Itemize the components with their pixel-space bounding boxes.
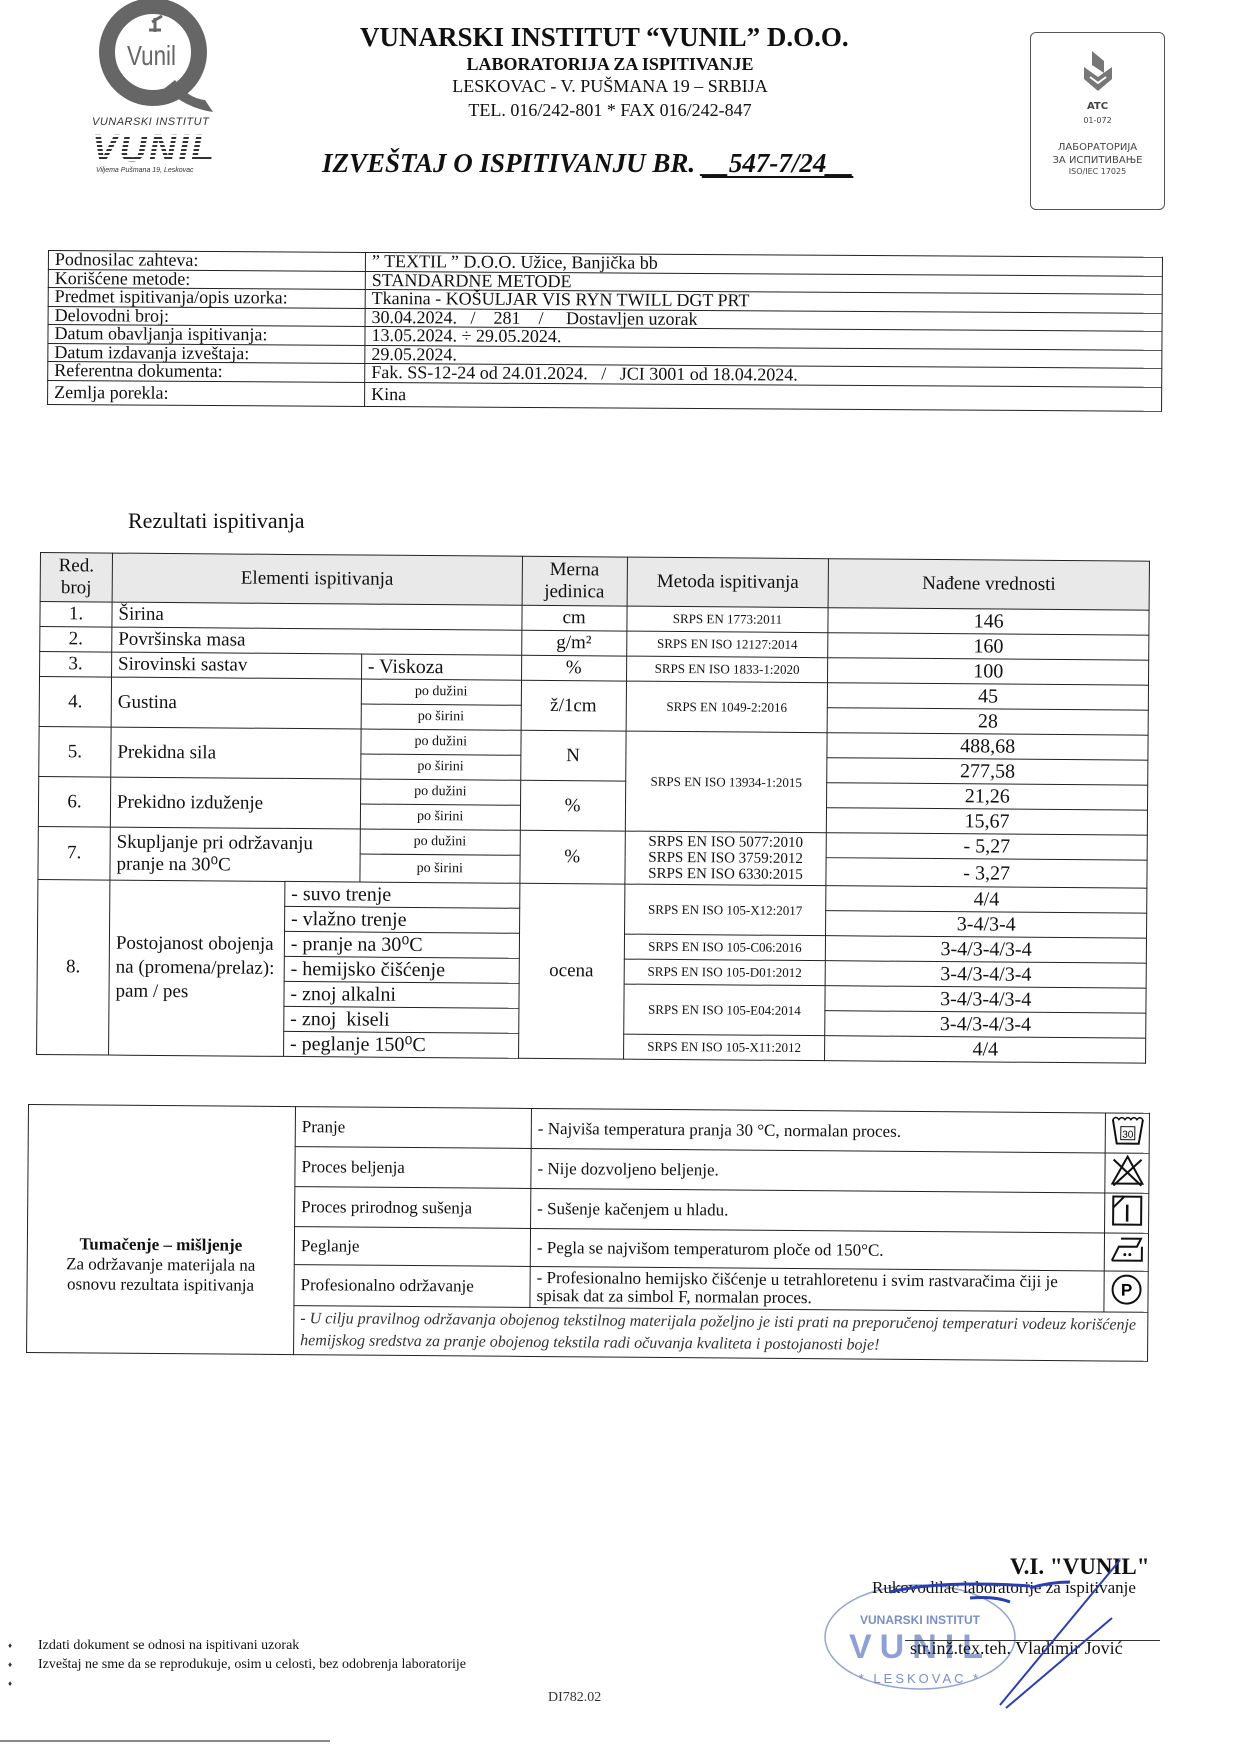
accreditation-badge: ATC 01-072 ЛАБОРАТОРИЈАЗА ИСПИТИВАЊЕ ISO…	[1030, 32, 1165, 210]
results-table: Red. broj Elementi ispitivanja Merna jed…	[36, 552, 1150, 1064]
logo-caption: VUNARSKI INSTITUT	[92, 116, 209, 128]
row-no: 1.	[40, 602, 112, 628]
row-direction-weft: po širini	[361, 754, 521, 780]
results-title: Rezultati ispitivanja	[128, 508, 305, 534]
row-value: 146	[828, 608, 1149, 636]
row-method: SRPS EN ISO 13934-1:2015	[625, 731, 828, 833]
atc-line2: ЗА ИСПИТИВАЊЕ	[1031, 154, 1164, 167]
wash-30-icon: 30	[1109, 1113, 1145, 1147]
colorfastness-item: - peglanje 150⁰C	[283, 1031, 518, 1058]
row-method: SRPS EN 1773:2011	[626, 606, 828, 633]
info-label: Referentna dokumenta:	[48, 362, 365, 382]
interpretation-table: Tumačenje – mišljenje Za održavanje mate…	[26, 1104, 1150, 1362]
report-label: IZVEŠTAJ O ISPITIVANJU BR.	[322, 148, 702, 178]
row-value-warp: - 5,27	[826, 833, 1147, 861]
svg-text:30: 30	[1122, 1130, 1134, 1141]
row-direction-warp: po dužini	[361, 729, 521, 755]
row-value: 100	[828, 658, 1149, 686]
row-value-weft: 15,67	[827, 808, 1148, 836]
info-label: Zemlja porekla:	[48, 380, 365, 406]
row-value: 4/4	[826, 886, 1147, 914]
institute-phone: TEL. 016/242-801 * FAX 016/242-847	[360, 100, 860, 121]
row-unit: ocena	[518, 883, 624, 1059]
row-direction-weft: po širini	[361, 704, 521, 730]
row-element: Površinska masa	[112, 627, 522, 655]
row-method: SRPS EN ISO 1833-1:2020	[626, 656, 828, 683]
care-text: - Sušenje kačenjem u hladu.	[531, 1188, 1105, 1233]
colorfastness-item: - znoj alkalni	[284, 981, 519, 1008]
row-element: Postojanost obojenja na (promena/prelaz)…	[108, 880, 284, 1056]
care-text: - Nije dozvoljeno beljenje.	[531, 1148, 1105, 1193]
dry-clean-p-icon: P	[1109, 1272, 1143, 1306]
atc-line1: ЛАБОРАТОРИЈА	[1031, 141, 1164, 154]
row-value: 160	[828, 633, 1149, 661]
row-method: SRPS EN ISO 105-E04:2014	[623, 984, 825, 1036]
row-element: Skupljanje pri održavanju pranje na 30⁰C	[110, 827, 360, 882]
interpretation-title: Tumačenje – mišljenje	[79, 1234, 242, 1254]
care-category: Peglanje	[294, 1227, 530, 1267]
document-code: DI782.02	[548, 1690, 601, 1706]
row-method: SRPS EN ISO 105-X11:2012	[623, 1034, 825, 1061]
care-note: - U cilju pravilnog održavanja obojenog …	[294, 1306, 1148, 1362]
method-line: SRPS EN ISO 6330:2015	[631, 866, 820, 883]
row-no: 4.	[39, 677, 111, 728]
colorfastness-item: - pranje na 30⁰C	[284, 931, 519, 958]
request-info-table: Podnosilac zahteva:” TEXTIL ” D.O.O. Uži…	[47, 250, 1163, 411]
interpretation-heading: Tumačenje – mišljenje Za održavanje mate…	[27, 1105, 296, 1355]
info-value: Kina	[365, 382, 1162, 411]
atc-standard: ISO/IEC 17025	[1031, 167, 1164, 176]
colorfastness-item: - vlažno trenje	[284, 906, 519, 933]
row-unit: %	[520, 830, 625, 884]
row-direction-warp: po dužini	[360, 829, 520, 855]
logo-wordmark: VUNIL	[92, 128, 216, 171]
care-category: Profesionalno održavanje	[294, 1265, 530, 1308]
row-unit: ž/1cm	[521, 680, 626, 731]
atc-code: ATC	[1031, 101, 1164, 112]
row-element: Gustina	[111, 677, 361, 729]
care-text: - Profesionalno hemijsko čišćenje u tetr…	[530, 1266, 1104, 1312]
logo-text: Vunil	[127, 40, 176, 72]
header-value: Nađene vrednosti	[828, 559, 1149, 611]
method-line: SRPS EN ISO 3759:2012	[631, 850, 820, 867]
care-row: Tumačenje – mišljenje Za održavanje mate…	[28, 1105, 1149, 1154]
care-text: - Najviša temperatura pranja 30 °C, norm…	[531, 1108, 1105, 1153]
report-number: __547-7/24__	[702, 148, 854, 178]
header-element: Elementi ispitivanja	[112, 553, 522, 605]
header-method: Metoda ispitivanja	[627, 557, 829, 608]
row-value-weft: 28	[827, 708, 1148, 736]
row-value-weft: - 3,27	[826, 858, 1147, 889]
care-category: Proces prirodnog sušenja	[295, 1187, 531, 1229]
row-no: 6.	[38, 776, 110, 827]
care-category: Pranje	[295, 1107, 531, 1149]
handwritten-signature-icon	[880, 1560, 1170, 1710]
row-method: SRPS EN 1049-2:2016	[626, 681, 828, 733]
no-bleach-icon	[1109, 1153, 1145, 1187]
line-dry-shade-icon	[1109, 1193, 1145, 1227]
row-value: 3-4/3-4	[826, 911, 1147, 939]
row-no: 5.	[39, 726, 111, 777]
row-value: 3-4/3-4/3-4	[825, 961, 1146, 989]
atc-logo-icon	[1080, 51, 1116, 95]
row-direction-weft: po širini	[360, 804, 520, 830]
row-value-warp: 45	[828, 683, 1149, 711]
row-direction-weft: po širini	[360, 854, 520, 883]
header-unit: Merna jedinica	[522, 556, 627, 606]
colorfastness-item: - suvo trenje	[285, 881, 520, 908]
page-bottom-edge	[0, 1740, 330, 1742]
row-unit: cm	[522, 605, 627, 631]
row-element: Prekidna sila	[111, 727, 361, 779]
row-element: Širina	[112, 602, 522, 630]
footer-note: Izveštaj ne sme da se reprodukuje, osim …	[8, 1655, 466, 1674]
row-no: 3.	[40, 652, 112, 678]
row-method: SRPS EN ISO 5077:2010 SRPS EN ISO 3759:2…	[624, 831, 826, 886]
row-value: 3-4/3-4/3-4	[825, 1011, 1146, 1039]
header-no: Red. broj	[40, 553, 112, 603]
colorfastness-item: - hemijsko čišćenje	[284, 956, 519, 983]
row-unit: N	[520, 730, 625, 781]
laboratory-name: LABORATORIJA ZA ISPITIVANJE	[360, 54, 860, 75]
row-method: SRPS EN ISO 105-X12:2017	[624, 884, 826, 936]
iron-medium-icon	[1108, 1234, 1144, 1264]
row-element: Sirovinski sastav	[111, 652, 361, 679]
row-no: 7.	[38, 826, 110, 880]
report-title: IZVEŠTAJ O ISPITIVANJU BR. __547-7/24__	[322, 148, 853, 179]
footer-note: Izdati dokument se odnosi na ispitivani …	[8, 1636, 466, 1655]
row-sub: - Viskoza	[361, 654, 521, 680]
colorfastness-item: - znoj kiseli	[284, 1006, 519, 1033]
row-direction-warp: po dužini	[360, 779, 520, 805]
row-value: 3-4/3-4/3-4	[825, 986, 1146, 1014]
row-direction-warp: po dužini	[361, 679, 521, 705]
logo-address: Viljema Pušmana 19, Leskovac	[96, 167, 194, 174]
care-text: - Pegla se najvišom temperaturom ploče o…	[530, 1228, 1104, 1271]
row-unit: g/m²	[521, 630, 626, 656]
row-unit: %	[521, 655, 626, 681]
method-line: SRPS EN ISO 5077:2010	[631, 834, 820, 851]
row-no: 8.	[37, 879, 110, 1055]
results-header-row: Red. broj Elementi ispitivanja Merna jed…	[40, 553, 1149, 611]
row-method: SRPS EN ISO 12127:2014	[626, 631, 828, 658]
institute-address: LESKOVAC - V. PUŠMANA 19 – SRBIJA	[360, 76, 860, 97]
atc-number: 01-072	[1031, 116, 1164, 125]
footer-note	[8, 1674, 466, 1693]
row-element: Prekidno izduženje	[110, 777, 360, 829]
row-unit: %	[520, 780, 625, 831]
row-method: SRPS EN ISO 105-D01:2012	[624, 959, 826, 986]
row-value: 4/4	[825, 1036, 1146, 1064]
row-value: 3-4/3-4/3-4	[826, 936, 1147, 964]
care-category: Proces beljenja	[295, 1147, 531, 1189]
institute-name: VUNARSKI INSTITUT “VUNIL” D.O.O.	[360, 22, 900, 53]
row-no: 2.	[40, 627, 112, 653]
row-value-warp: 488,68	[827, 733, 1148, 761]
interpretation-subtitle: Za održavanje materijala na osnovu rezul…	[34, 1254, 288, 1296]
svg-text:P: P	[1120, 1280, 1131, 1299]
row-value-weft: 277,58	[827, 758, 1148, 786]
row-method: SRPS EN ISO 105-C06:2016	[624, 934, 826, 961]
row-value-warp: 21,26	[827, 783, 1148, 811]
footer-notes: Izdati dokument se odnosi na ispitivani …	[8, 1636, 466, 1693]
